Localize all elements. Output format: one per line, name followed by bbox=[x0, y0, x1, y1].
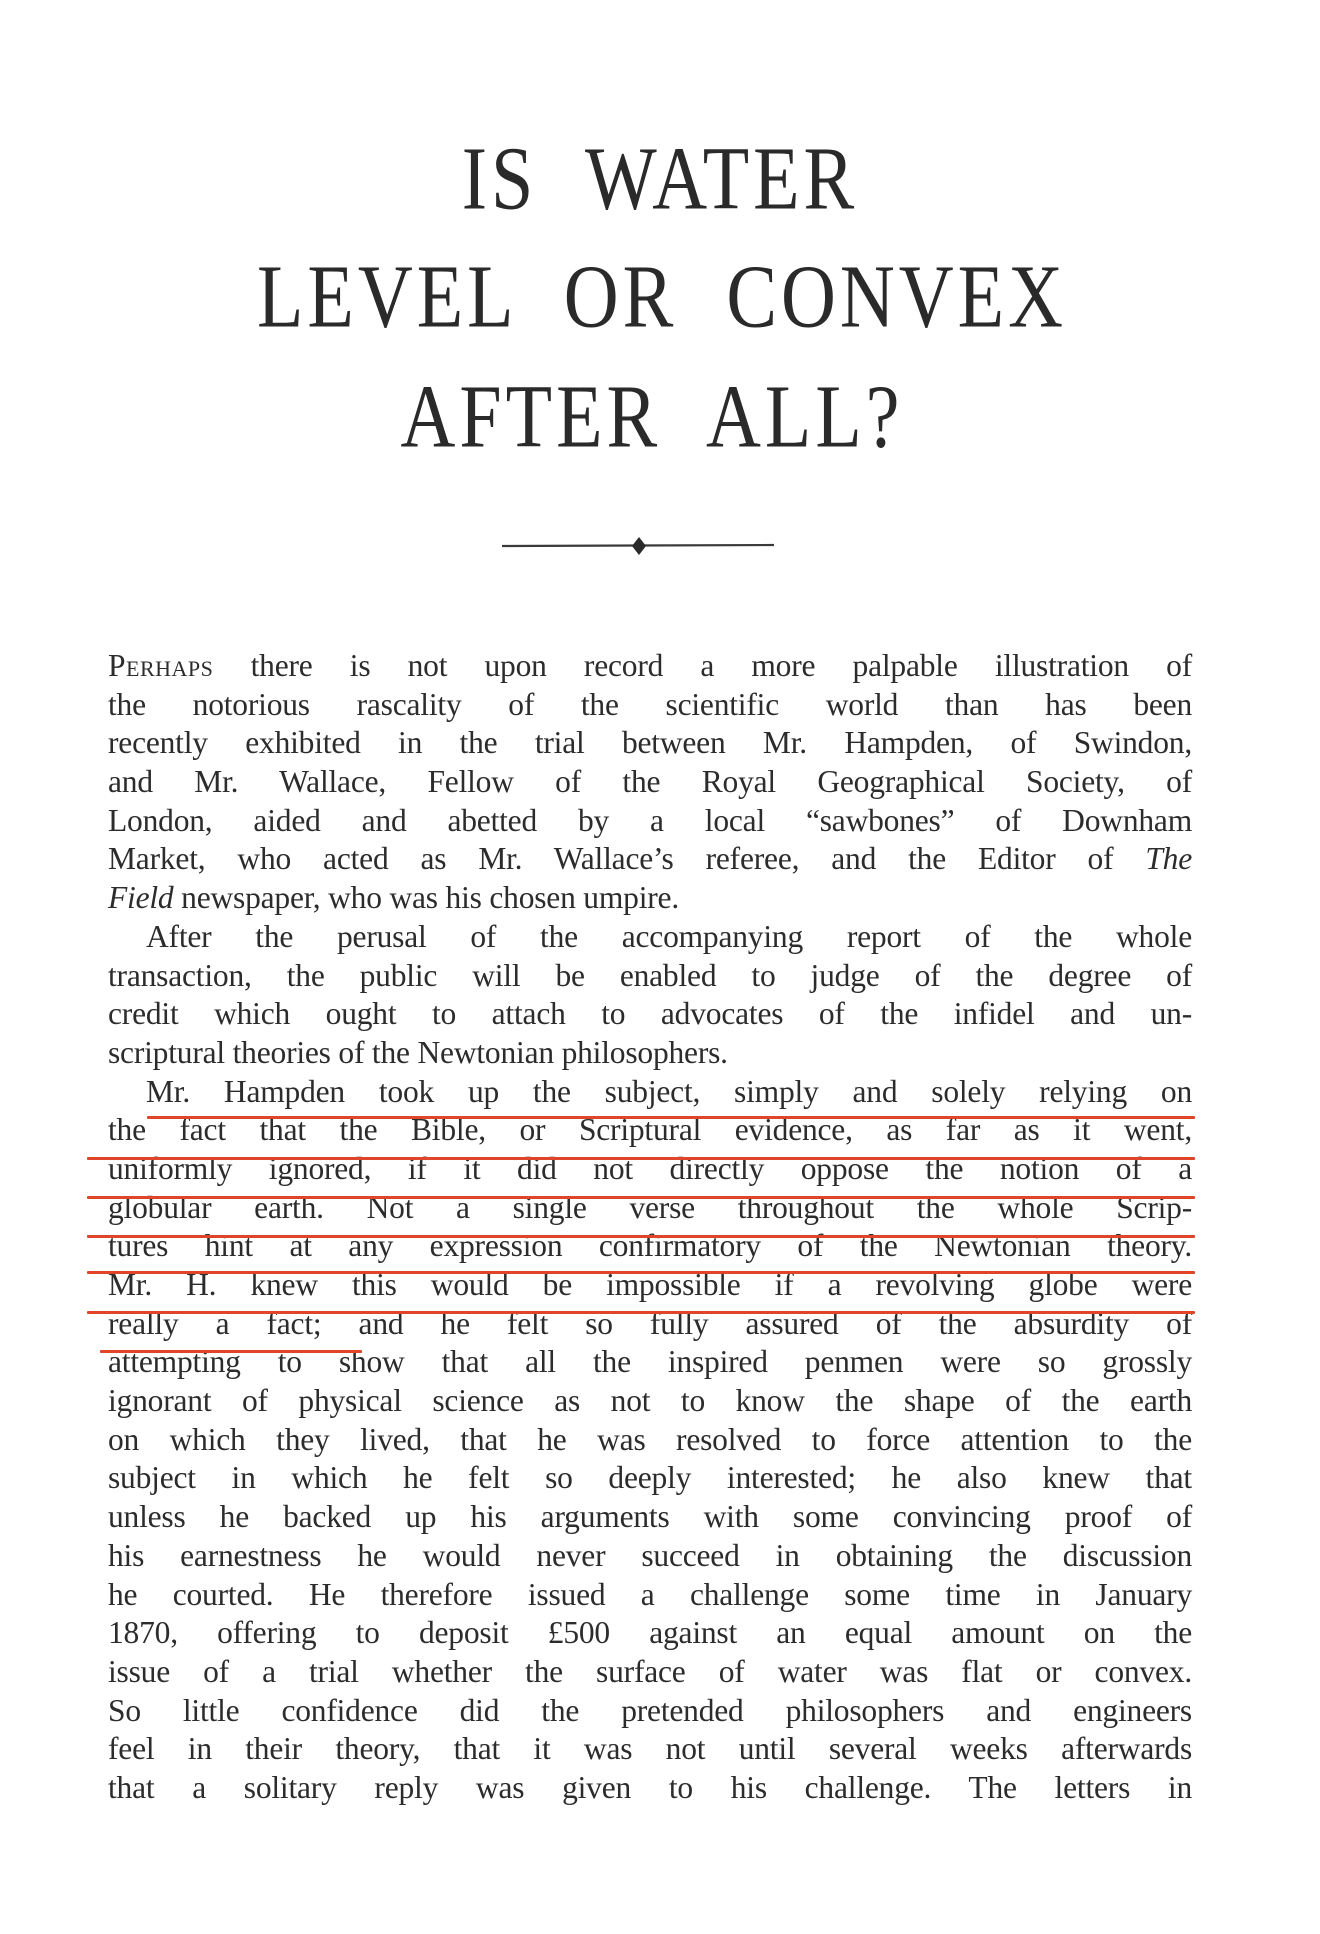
red-underline-annotation bbox=[87, 1235, 1195, 1238]
text-line: uniformly ignored, if it did not directl… bbox=[108, 1150, 1192, 1189]
lead-word-smallcaps: Perhaps bbox=[108, 648, 213, 683]
text-line: transaction, the public will be enabled … bbox=[108, 957, 1192, 996]
text-line: After the perusal of the accompanying re… bbox=[108, 918, 1192, 957]
text-line: credit which ought to attach to advocate… bbox=[108, 995, 1192, 1034]
red-underline-annotation bbox=[100, 1350, 362, 1353]
text-line: ignorant of physical science as not to k… bbox=[108, 1382, 1192, 1421]
red-underline-annotation bbox=[87, 1311, 1195, 1314]
text-line: unless he backed up his arguments with s… bbox=[108, 1498, 1192, 1537]
red-underline-annotation bbox=[87, 1157, 1195, 1160]
text-line: that a solitary reply was given to his c… bbox=[108, 1769, 1192, 1808]
diamond-rule-ornament-icon bbox=[502, 536, 774, 556]
italic-text: The bbox=[1145, 841, 1192, 876]
text-line: the notorious rascality of the scientifi… bbox=[108, 686, 1192, 725]
text-line: Perhaps there is not upon record a more … bbox=[108, 647, 1192, 686]
paragraph-3: Mr. Hampden took up the subject, simply … bbox=[108, 1073, 1192, 1808]
title-line-1: IS WATER bbox=[0, 134, 1320, 224]
text-line: he courted. He therefore issued a challe… bbox=[108, 1576, 1192, 1615]
text-line: So little confidence did the pretended p… bbox=[108, 1692, 1192, 1731]
red-underline-annotation bbox=[87, 1271, 1195, 1274]
text-line: Market, who acted as Mr. Wallace’s refer… bbox=[108, 840, 1192, 879]
document-page: IS WATER LEVEL OR CONVEX AFTER ALL? Perh… bbox=[0, 0, 1320, 1934]
italic-text: Field bbox=[108, 880, 173, 915]
text-line: globular earth. Not a single verse throu… bbox=[108, 1189, 1192, 1228]
text-line: his earnestness he would never succeed i… bbox=[108, 1537, 1192, 1576]
text-line: issue of a trial whether the surface of … bbox=[108, 1653, 1192, 1692]
text-line: 1870, offering to deposit £500 against a… bbox=[108, 1614, 1192, 1653]
text-line: Mr. Hampden took up the subject, simply … bbox=[108, 1073, 1192, 1112]
paragraph-1: Perhaps there is not upon record a more … bbox=[108, 647, 1192, 918]
text-line: on which they lived, that he was resolve… bbox=[108, 1421, 1192, 1460]
title-line-3: AFTER ALL? bbox=[0, 372, 1312, 462]
title-line-2: LEVEL OR CONVEX bbox=[2, 252, 1320, 342]
text-line: subject in which he felt so deeply inter… bbox=[108, 1459, 1192, 1498]
red-underline-annotation bbox=[87, 1196, 1195, 1199]
text-line: recently exhibited in the trial between … bbox=[108, 724, 1192, 763]
article-body: Perhaps there is not upon record a more … bbox=[108, 647, 1192, 1808]
text-line: and Mr. Wallace, Fellow of the Royal Geo… bbox=[108, 763, 1192, 802]
red-underline-annotation bbox=[147, 1116, 1195, 1119]
text-line: tures hint at any expression confirmator… bbox=[108, 1227, 1192, 1266]
text-line: Field newspaper, who was his chosen umpi… bbox=[108, 879, 1192, 918]
text-line: London, aided and abetted by a local “sa… bbox=[108, 802, 1192, 841]
text-line: scriptural theories of the Newtonian phi… bbox=[108, 1034, 1192, 1073]
text-line: feel in their theory, that it was not un… bbox=[108, 1730, 1192, 1769]
paragraph-2: After the perusal of the accompanying re… bbox=[108, 918, 1192, 1073]
